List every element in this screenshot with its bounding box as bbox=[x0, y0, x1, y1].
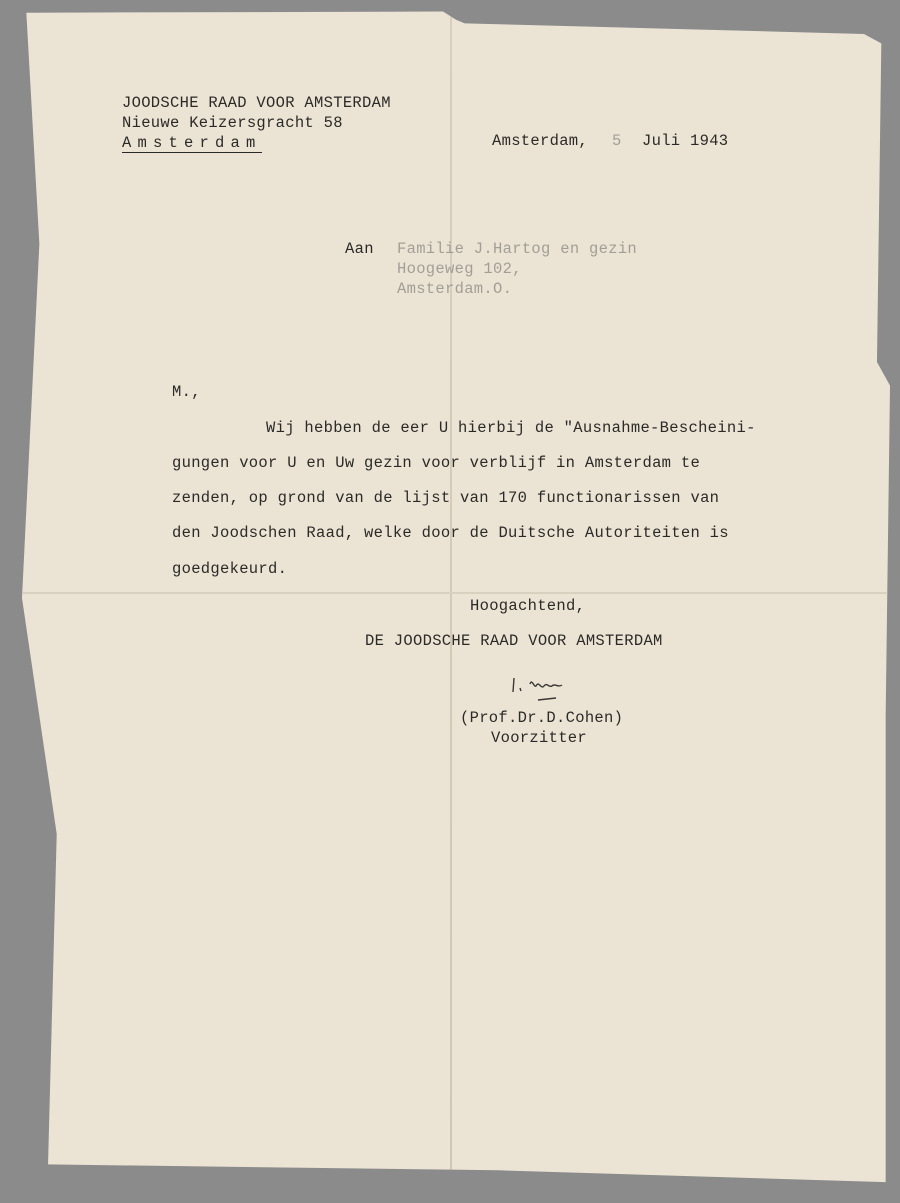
letter-paper bbox=[22, 8, 890, 1188]
recipient-line1: Familie J.Hartog en gezin bbox=[397, 240, 637, 258]
signature bbox=[508, 670, 618, 706]
body-line: zenden, op grond van de lijst van 170 fu… bbox=[172, 489, 719, 507]
date-day: 5 bbox=[612, 132, 622, 150]
closing-org: DE JOODSCHE RAAD VOOR AMSTERDAM bbox=[365, 632, 663, 650]
body-line: gungen voor U en Uw gezin voor verblijf … bbox=[172, 454, 700, 472]
body-line: goedgekeurd. bbox=[172, 560, 287, 578]
date-place: Amsterdam, bbox=[492, 132, 588, 150]
letterhead-org: JOODSCHE RAAD VOOR AMSTERDAM bbox=[122, 94, 391, 112]
signatory-title: Voorzitter bbox=[491, 729, 587, 747]
letterhead-city: Amsterdam bbox=[122, 134, 262, 153]
salutation: M., bbox=[172, 383, 201, 401]
recipient-line2: Hoogeweg 102, bbox=[397, 260, 522, 278]
recipient-line3: Amsterdam.O. bbox=[397, 280, 512, 298]
recipient-label: Aan bbox=[345, 240, 374, 258]
date-month-year: Juli 1943 bbox=[642, 132, 728, 150]
closing-greeting: Hoogachtend, bbox=[470, 597, 585, 615]
body-line: Wij hebben de eer U hierbij de "Ausnahme… bbox=[266, 419, 756, 437]
body-line: den Joodschen Raad, welke door de Duitsc… bbox=[172, 524, 729, 542]
signatory-name: (Prof.Dr.D.Cohen) bbox=[460, 709, 623, 727]
letterhead-address: Nieuwe Keizersgracht 58 bbox=[122, 114, 343, 132]
